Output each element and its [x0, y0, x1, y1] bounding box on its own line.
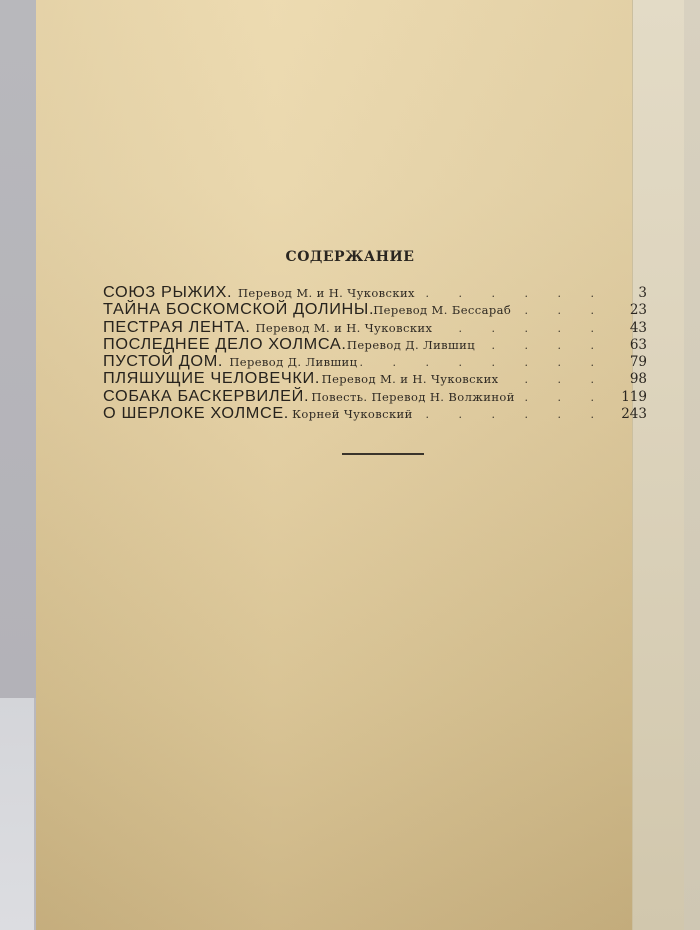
toc-entry-title: ПЕСТРАЯ ЛЕНТА.	[103, 319, 250, 336]
toc-leader-dots: . . . . . . . . . . . . . .	[357, 354, 607, 371]
toc-entry: СОБАКА БАСКЕРВИЛЕЙ. Повесть. Перевод Н. …	[103, 388, 647, 405]
toc-page-number: 243	[607, 406, 647, 423]
toc-page-number: 98	[607, 371, 647, 388]
toc-leader-dots: . . . . . . . . .	[415, 285, 607, 302]
toc-entry-title: СОЮЗ РЫЖИХ.	[103, 284, 232, 301]
toc-leader-dots: . . . .	[499, 371, 607, 388]
toc-entry-credit: Перевод М. и Н. Чуковских	[322, 371, 499, 388]
toc-page-number: 63	[607, 337, 647, 354]
toc-entry-credit: Перевод М. и Н. Чуковских	[255, 320, 432, 337]
section-divider-rule	[342, 453, 424, 455]
toc-leader-dots: . . . .	[511, 302, 607, 319]
toc-entry-credit: Перевод М. и Н. Чуковских	[238, 285, 415, 302]
table-of-contents: СОЮЗ РЫЖИХ. Перевод М. и Н. Чуковских . …	[103, 284, 647, 422]
toc-entry: О ШЕРЛОКЕ ХОЛМСЕ. Корней Чуковский . . .…	[103, 405, 647, 422]
toc-entry: ПЕСТРАЯ ЛЕНТА. Перевод М. и Н. Чуковских…	[103, 319, 647, 336]
book-page	[36, 0, 632, 930]
toc-entry: ПЛЯШУЩИЕ ЧЕЛОВЕЧКИ. Перевод М. и Н. Чуко…	[103, 370, 647, 387]
background-left-top	[0, 0, 36, 698]
toc-entry: ПУСТОЙ ДОМ. Перевод Д. Лившиц . . . . . …	[103, 353, 647, 370]
toc-entry-title: ПОСЛЕДНЕЕ ДЕЛО ХОЛМСА.	[103, 336, 347, 353]
toc-page-number: 3	[607, 285, 647, 302]
toc-entry-title: ПУСТОЙ ДОМ.	[103, 353, 223, 370]
toc-entry-title: О ШЕРЛОКЕ ХОЛМСЕ.	[103, 405, 289, 422]
toc-entry-title: СОБАКА БАСКЕРВИЛЕЙ.	[103, 388, 309, 405]
toc-entry: ТАЙНА БОСКОМСКОЙ ДОЛИНЫ. Перевод М. Бесс…	[103, 301, 647, 318]
toc-entry: СОЮЗ РЫЖИХ. Перевод М. и Н. Чуковских . …	[103, 284, 647, 301]
toc-entry-credit: Корней Чуковский	[292, 406, 413, 423]
toc-entry-credit: Перевод М. Бессараб	[373, 302, 511, 319]
toc-leader-dots: . . . .	[515, 389, 607, 406]
toc-entry: ПОСЛЕДНЕЕ ДЕЛО ХОЛМСА. Перевод Д. Лившиц…	[103, 336, 647, 353]
adjacent-page-shadow	[684, 0, 700, 930]
toc-page-number: 43	[607, 320, 647, 337]
toc-entry-credit: Перевод Д. Лившиц	[347, 337, 475, 354]
toc-page-number: 119	[607, 389, 647, 406]
toc-entry-credit: Перевод Д. Лившиц	[229, 354, 357, 371]
toc-page-number: 79	[607, 354, 647, 371]
toc-page-number: 23	[607, 302, 647, 319]
page-title: СОДЕРЖАНИЕ	[0, 249, 700, 265]
toc-leader-dots: . . . . . . . . . . .	[413, 406, 607, 423]
toc-leader-dots: . . . . . . .	[475, 337, 607, 354]
toc-entry-credit: Повесть. Перевод Н. Волжиной	[311, 389, 514, 406]
background-left-bottom	[0, 698, 34, 930]
toc-leader-dots: . . . . . . .	[432, 320, 607, 337]
toc-entry-title: ПЛЯШУЩИЕ ЧЕЛОВЕЧКИ.	[103, 370, 320, 387]
toc-entry-title: ТАЙНА БОСКОМСКОЙ ДОЛИНЫ.	[103, 301, 374, 318]
